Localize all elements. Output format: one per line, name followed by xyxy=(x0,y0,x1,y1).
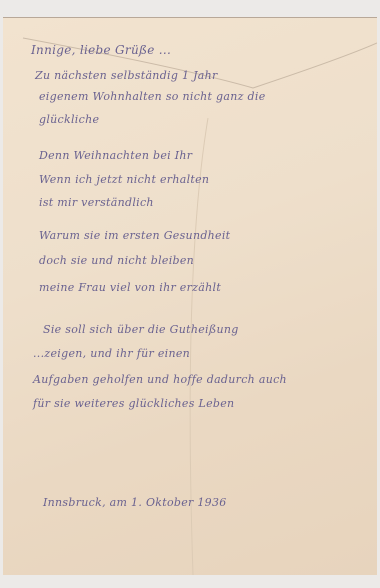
letter-line: ist mir verständlich xyxy=(39,196,154,209)
letter-line: meine Frau viel von ihr erzählt xyxy=(39,281,221,294)
letter-line: Innige, liebe Grüße ... xyxy=(31,43,171,57)
letter-line: Wenn ich jetzt nicht erhalten xyxy=(39,173,209,186)
letter-line: für sie weiteres glückliches Leben xyxy=(33,397,234,410)
letter-line: Aufgaben geholfen und hoffe dadurch auch xyxy=(33,373,287,386)
letter-line: glückliche xyxy=(39,113,99,126)
letter-line: eigenem Wohnhalten so nicht ganz die xyxy=(39,90,266,103)
letter-line: Denn Weihnachten bei Ihr xyxy=(39,149,192,162)
letter-line: ...zeigen, und ihr für einen xyxy=(33,347,190,360)
letter-paper: Innige, liebe Grüße ... Zu nächsten selb… xyxy=(3,17,377,575)
letter-line: doch sie und nicht bleiben xyxy=(39,254,194,267)
letter-line: Zu nächsten selbständig 1 Jahr xyxy=(35,69,218,82)
letter-signature-date: Innsbruck, am 1. Oktober 1936 xyxy=(43,496,227,509)
letter-line: Sie soll sich über die Gutheißung xyxy=(43,323,239,336)
letter-line: Warum sie im ersten Gesundheit xyxy=(39,229,230,242)
